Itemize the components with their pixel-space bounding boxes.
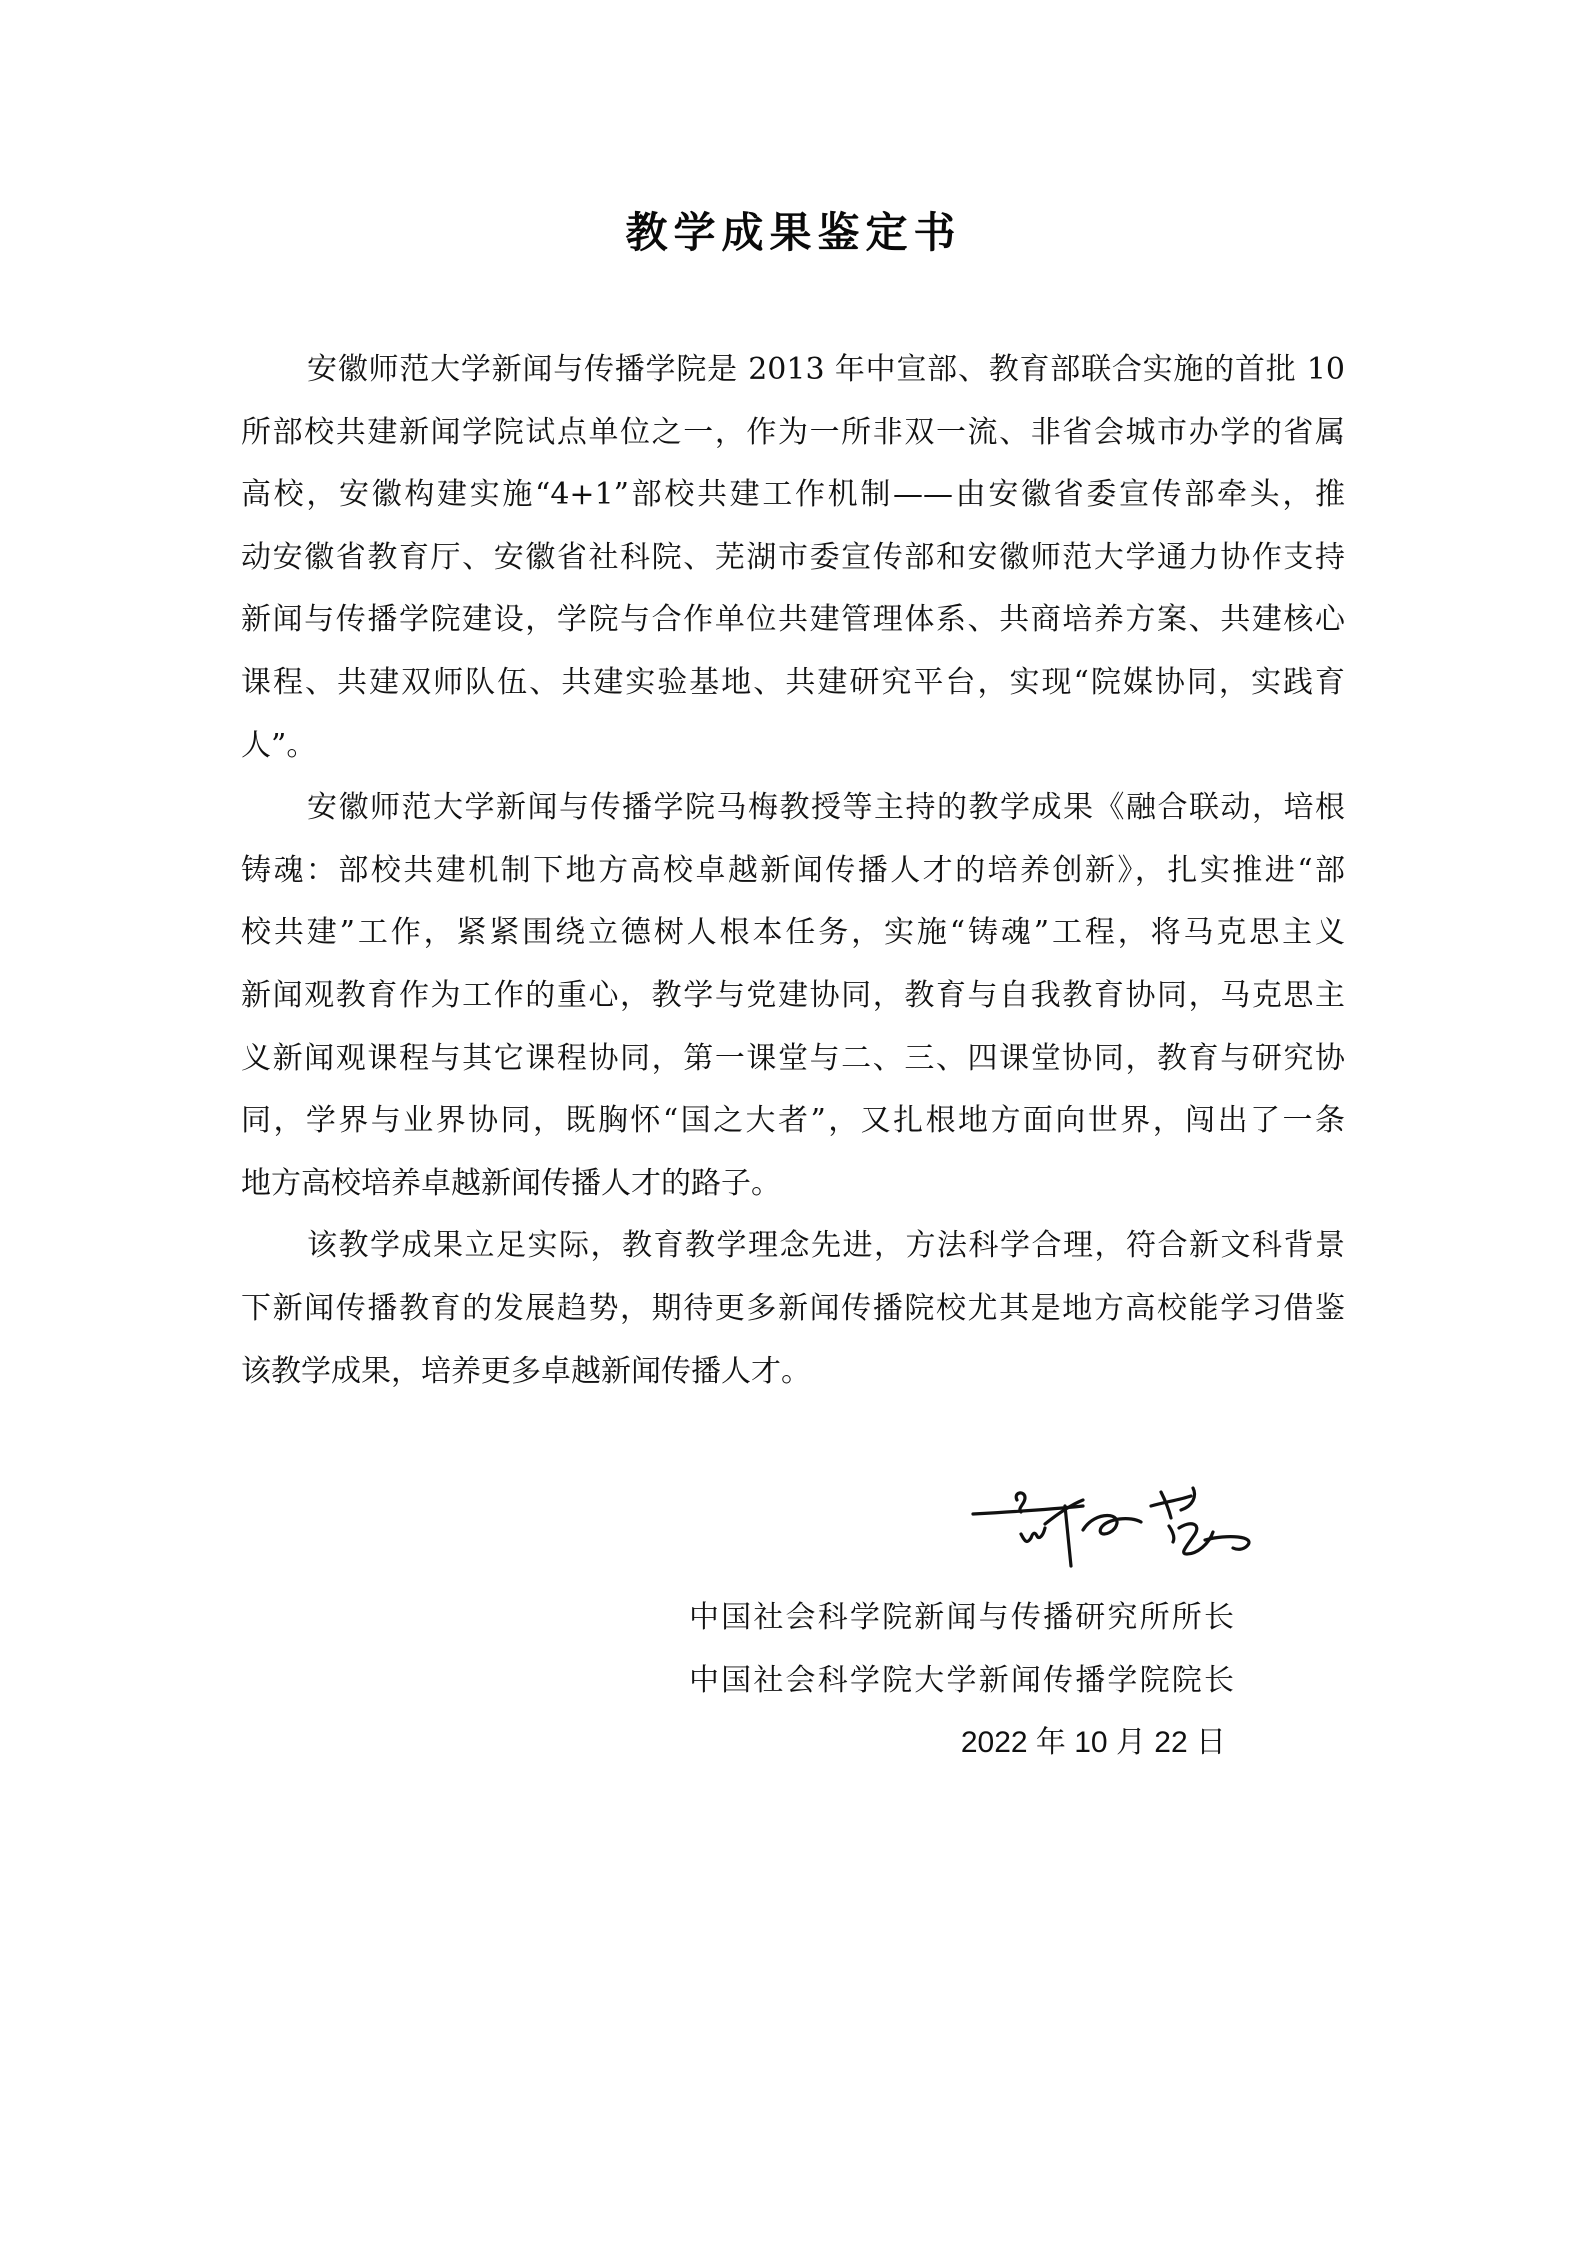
paragraph-1-line-6: 课程、共建双师队伍、共建实验基地、共建研究平台，实现“院媒协同，实践育: [241, 659, 1345, 722]
paragraph-3-line-1: 该教学成果立足实际，教育教学理念先进，方法科学合理，符合新文科背景: [241, 1222, 1345, 1285]
paragraph-2-line-3: 校共建”工作，紧紧围绕立德树人根本任务，实施“铸魂”工程，将马克思主义: [241, 909, 1345, 972]
paragraph-2-line-7: 地方高校培养卓越新闻传播人才的路子。: [241, 1160, 1345, 1223]
paragraph-1-line-5: 新闻与传播学院建设，学院与合作单位共建管理体系、共商培养方案、共建核心: [241, 596, 1345, 659]
signature-icon: [965, 1470, 1265, 1580]
signoff-date: 2022 年 10 月 22 日: [689, 1719, 1234, 1782]
paragraph-2-line-4: 新闻观教育作为工作的重心，教学与党建协同，教育与自我教育协同，马克思主: [241, 972, 1345, 1035]
document-page: 教学成果鉴定书 安徽师范大学新闻与传播学院是 2013 年中宣部、教育部联合实施…: [0, 0, 1587, 2245]
document-title: 教学成果鉴定书: [0, 205, 1587, 261]
signer-title-2: 中国社会科学院大学新闻传播学院院长: [689, 1657, 1234, 1720]
paragraph-1-line-3: 高校，安徽构建实施“4+1”部校共建工作机制——由安徽省委宣传部牵头，推: [241, 471, 1345, 534]
paragraph-2-line-6: 同，学界与业界协同，既胸怀“国之大者”，又扎根地方面向世界，闯出了一条: [241, 1097, 1345, 1160]
paragraph-1-line-4: 动安徽省教育厅、安徽省社科院、芜湖市委宣传部和安徽师范大学通力协作支持: [241, 534, 1345, 597]
paragraph-2-line-2: 铸魂：部校共建机制下地方高校卓越新闻传播人才的培养创新》，扎实推进“部: [241, 847, 1345, 910]
paragraph-1-line-1: 安徽师范大学新闻与传播学院是 2013 年中宣部、教育部联合实施的首批 10: [241, 346, 1345, 409]
document-body: 安徽师范大学新闻与传播学院是 2013 年中宣部、教育部联合实施的首批 10 所…: [241, 346, 1345, 1410]
paragraph-1-line-7: 人”。: [241, 722, 1345, 785]
paragraph-3-line-3: 该教学成果，培养更多卓越新闻传播人才。: [241, 1348, 1345, 1411]
paragraph-2-line-1: 安徽师范大学新闻与传播学院马梅教授等主持的教学成果《融合联动，培根: [241, 784, 1345, 847]
paragraph-3-line-2: 下新闻传播教育的发展趋势，期待更多新闻传播院校尤其是地方高校能学习借鉴: [241, 1285, 1345, 1348]
paragraph-2-line-5: 义新闻观课程与其它课程协同，第一课堂与二、三、四课堂协同，教育与研究协: [241, 1035, 1345, 1098]
signoff-block: 中国社会科学院新闻与传播研究所所长 中国社会科学院大学新闻传播学院院长 2022…: [689, 1594, 1234, 1782]
signer-title-1: 中国社会科学院新闻与传播研究所所长: [689, 1594, 1234, 1657]
paragraph-1-line-2: 所部校共建新闻学院试点单位之一，作为一所非双一流、非省会城市办学的省属: [241, 409, 1345, 472]
